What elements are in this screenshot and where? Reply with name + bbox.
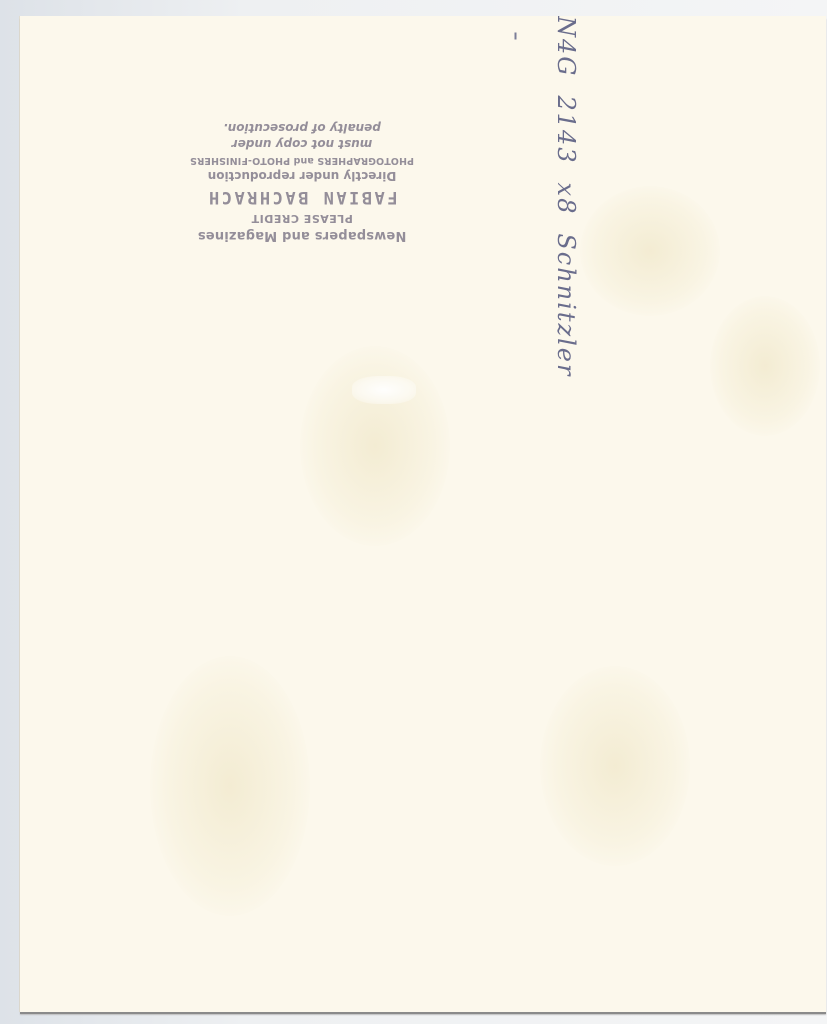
stain — [150, 656, 310, 916]
handwritten-dash — [515, 33, 517, 40]
handwritten-code: N4G — [552, 16, 580, 77]
stain — [710, 296, 820, 436]
stamp-line: Directly under reproduction — [172, 168, 432, 184]
stain — [540, 666, 690, 866]
handwritten-name: Schnitzler — [552, 233, 580, 377]
handwritten-size: x8 — [552, 183, 580, 216]
photographer-credit-stamp: Newspapers and Magazines PLEASE CREDIT F… — [172, 120, 432, 244]
stamp-photographer-name: FABIAN BACHRACH — [172, 184, 432, 210]
photo-back-paper: Newspapers and Magazines PLEASE CREDIT F… — [20, 16, 826, 1012]
stamp-line: must not copy under — [172, 136, 432, 152]
stamp-line: PLEASE CREDIT — [172, 210, 432, 227]
handwritten-annotation: N4G2143x8Schnitzler — [552, 16, 580, 396]
stamp-line: penalty of prosecution. — [172, 120, 432, 136]
paper-scuff — [352, 376, 416, 404]
handwritten-number: 2143 — [552, 95, 580, 164]
stamp-line: Newspapers and Magazines — [172, 227, 432, 244]
stamp-line: PHOTOGRAPHERS and PHOTO-FINISHERS — [172, 152, 432, 168]
stain — [580, 186, 720, 316]
